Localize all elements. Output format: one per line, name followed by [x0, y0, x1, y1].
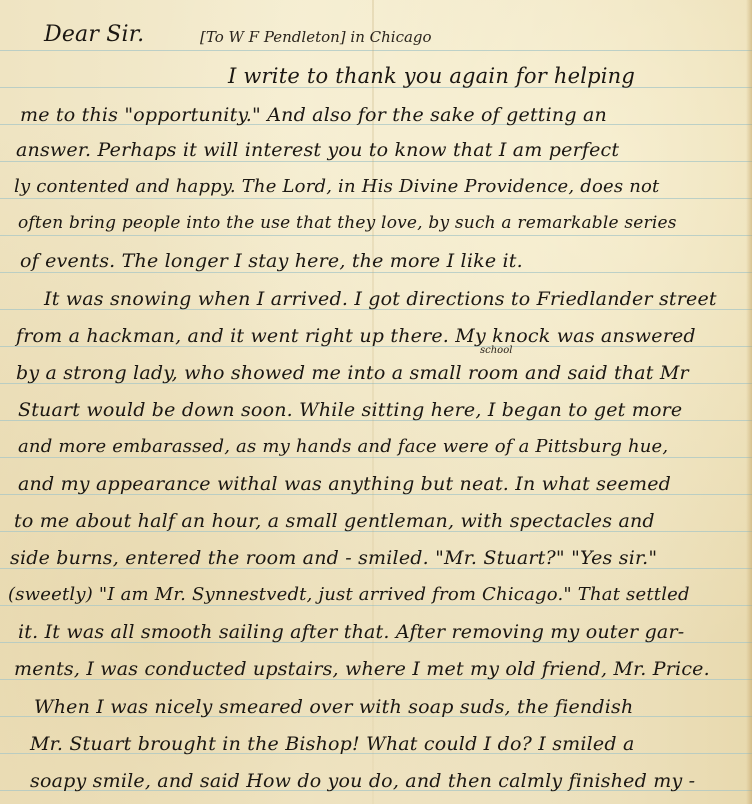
letter-line-14: side burns, entered the room and - smile…	[10, 547, 657, 569]
ruled-line	[0, 161, 752, 162]
letter-line-4: ly contented and happy. The Lord, in His…	[14, 176, 659, 197]
letter-line-3: answer. Perhaps it will interest you to …	[16, 139, 619, 161]
interlinear-insert: school	[480, 345, 512, 356]
ruled-line	[0, 272, 752, 273]
letter-line-10: Stuart would be down soon. While sitting…	[18, 399, 682, 421]
letter-line-18: When I was nicely smeared over with soap…	[34, 696, 633, 718]
ruled-line	[0, 235, 752, 236]
letter-line-13: to me about half an hour, a small gentle…	[14, 510, 655, 532]
letter-line-17: ments, I was conducted upstairs, where I…	[14, 658, 710, 680]
letter-line-7: It was snowing when I arrived. I got dir…	[44, 288, 717, 310]
letter-line-9: by a strong lady, who showed me into a s…	[16, 362, 689, 384]
letter-line-12: and my appearance withal was anything bu…	[18, 473, 671, 495]
ruled-line	[0, 457, 752, 458]
paper-edge	[746, 0, 752, 804]
letter-line-20: soapy smile, and said How do you do, and…	[30, 770, 695, 792]
ruled-line	[0, 605, 752, 606]
letter-line-6: of events. The longer I stay here, the m…	[20, 250, 523, 272]
letter-line-5: often bring people into the use that the…	[18, 213, 677, 233]
ruled-line	[0, 198, 752, 199]
salutation: Dear Sir.	[44, 22, 144, 47]
letter-line-16: it. It was all smooth sailing after that…	[18, 621, 684, 643]
ruled-line	[0, 50, 752, 51]
letter-line-2: me to this "opportunity." And also for t…	[20, 104, 607, 126]
letter-line-11: and more embarassed, as my hands and fac…	[18, 436, 668, 457]
letter-line-19: Mr. Stuart brought in the Bishop! What c…	[30, 733, 634, 755]
letter-line-8: from a hackman, and it went right up the…	[16, 325, 696, 347]
letter-line-15: (sweetly) "I am Mr. Synnestvedt, just ar…	[8, 584, 690, 605]
archival-annotation: [To W F Pendleton] in Chicago	[200, 28, 432, 46]
letter-line-1: I write to thank you again for helping	[228, 64, 635, 88]
